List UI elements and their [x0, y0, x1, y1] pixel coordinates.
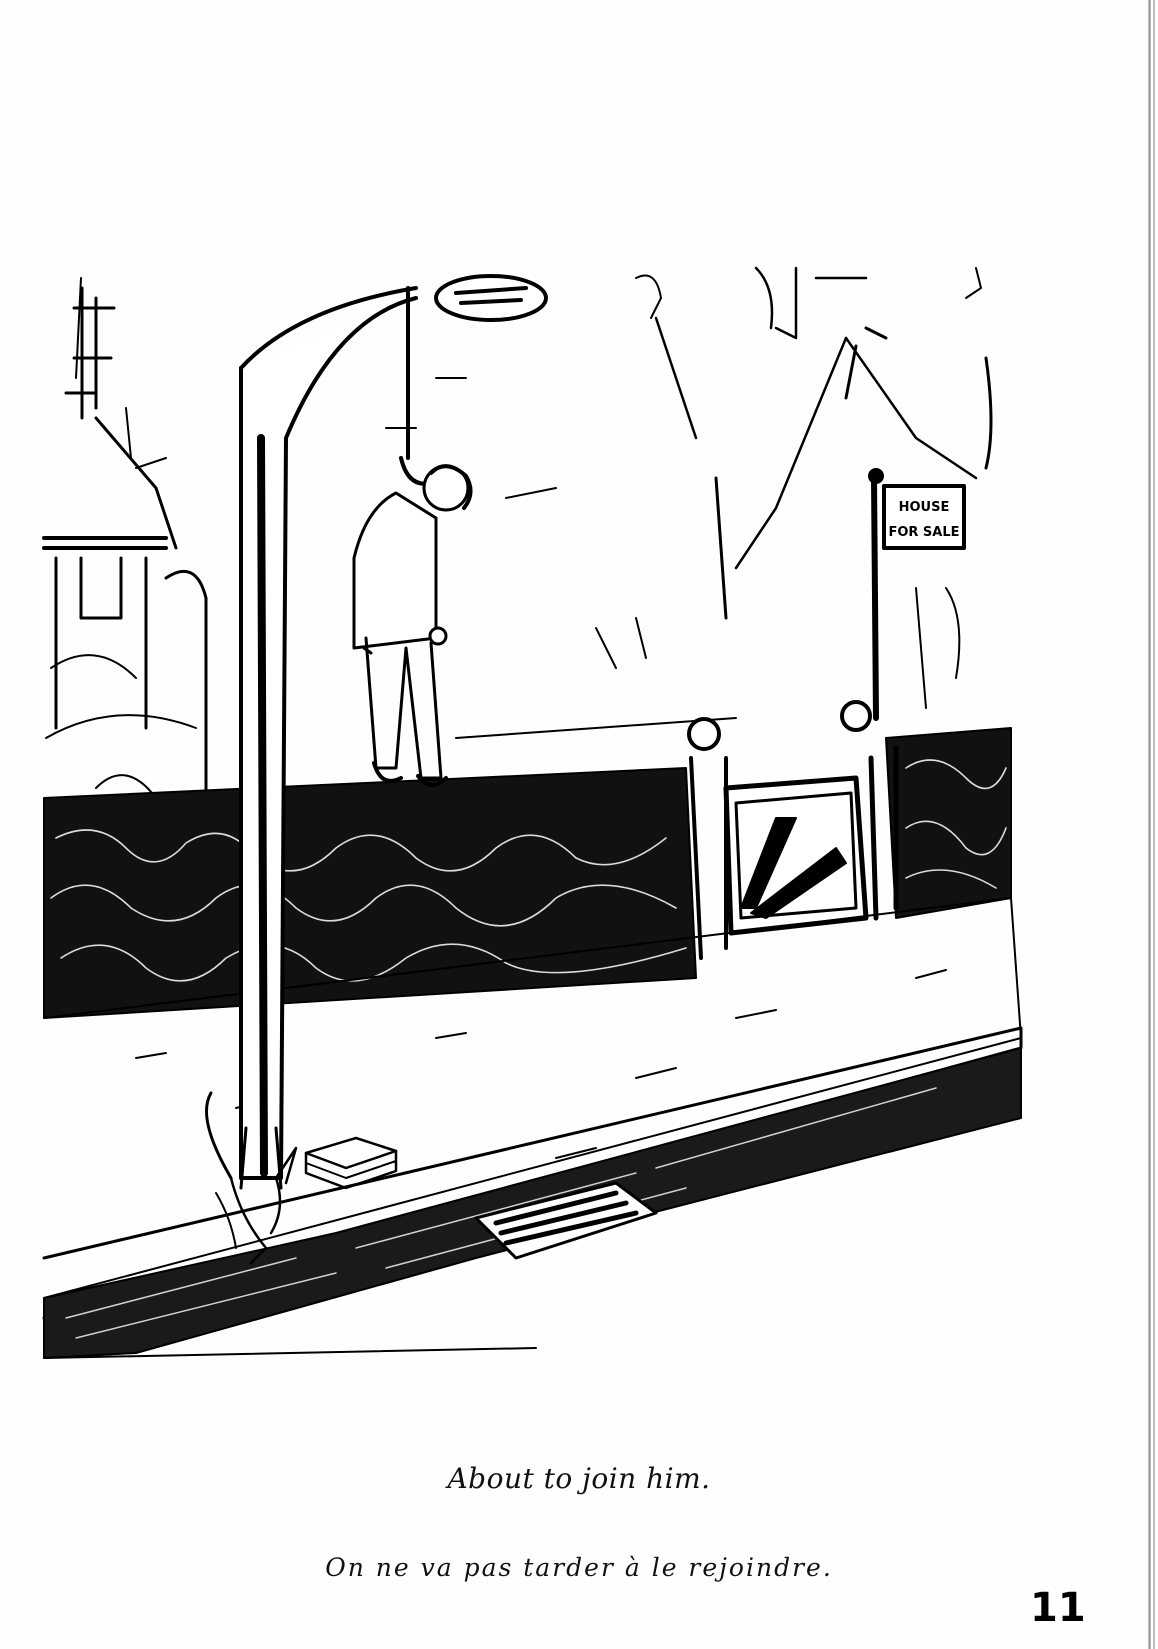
garden-gate — [689, 702, 896, 958]
page-edge — [1148, 0, 1151, 1649]
page-edge-shadow — [1153, 0, 1155, 1649]
page-number: 11 — [1030, 1585, 1086, 1631]
book-page: HOUSE FOR SALE — [0, 0, 1158, 1649]
caption-french: On ne va pas tarder à le rejoindre. — [0, 1553, 1158, 1582]
svg-text:FOR SALE: FOR SALE — [888, 525, 959, 540]
tv-antenna-icon — [66, 288, 114, 418]
caption-english: About to join him. — [0, 1462, 1158, 1495]
illustration: HOUSE FOR SALE — [36, 258, 1076, 1398]
hedge — [44, 728, 1011, 1018]
hanging-figure — [354, 288, 471, 785]
street-lamp — [241, 276, 546, 1188]
svg-text:HOUSE: HOUSE — [899, 500, 950, 515]
books-stack — [306, 1138, 396, 1188]
house-left — [44, 278, 206, 818]
